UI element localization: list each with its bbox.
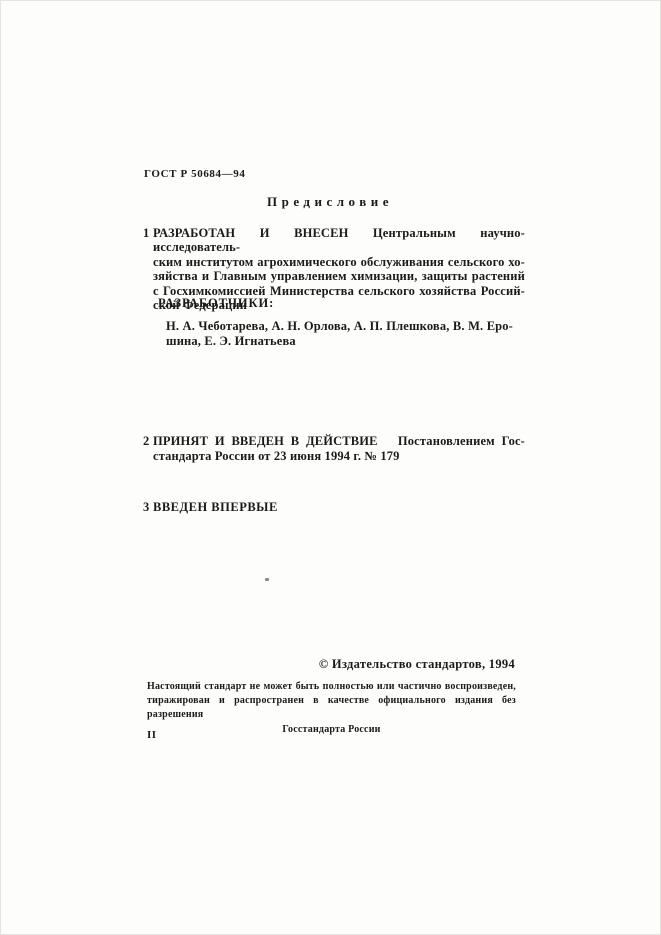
section-line: зяйства и Главным управлением химизации,… bbox=[153, 269, 525, 283]
developers-line: шина, Е. Э. Игнатьева bbox=[166, 334, 513, 349]
notice-line: Настоящий стандарт не может быть полност… bbox=[147, 680, 516, 694]
section-line: ским институтом агрохимического обслужив… bbox=[153, 255, 525, 269]
preface-section-3: 3 ВВЕДЕН ВПЕРВЫЕ bbox=[144, 500, 525, 515]
page-title: Предисловие bbox=[144, 194, 516, 210]
scan-artifact-dot bbox=[265, 578, 269, 581]
developers-label: РАЗРАБОТЧИКИ: bbox=[158, 296, 274, 311]
section-number: 2 bbox=[143, 434, 149, 448]
section-line: ВВЕДЕН ВПЕРВЫЕ bbox=[153, 500, 525, 515]
section-number: 3 bbox=[143, 500, 150, 515]
section-number: 1 bbox=[143, 226, 149, 240]
notice-line: Госстандарта России bbox=[147, 723, 516, 737]
copyright-line: © Издательство стандартов, 1994 bbox=[144, 657, 515, 672]
notice-line: тиражирован и распространен в качестве о… bbox=[147, 694, 516, 722]
section-line: стандарта России от 23 июня 1994 г. № 17… bbox=[153, 449, 525, 463]
preface-section-2: 2 ПРИНЯТ И ВВЕДЕН В ДЕЙСТВИЕ Постановлен… bbox=[144, 434, 525, 463]
reproduction-notice: Настоящий стандарт не может быть полност… bbox=[147, 680, 516, 737]
document-code-header: ГОСТ Р 50684—94 bbox=[144, 168, 245, 180]
developers-names: Н. А. Чеботарева, А. Н. Орлова, А. П. Пл… bbox=[166, 319, 513, 348]
document-page: ГОСТ Р 50684—94 Предисловие 1 РАЗРАБОТАН… bbox=[0, 0, 661, 935]
page-number: II bbox=[147, 729, 157, 741]
section-line: ПРИНЯТ И ВВЕДЕН В ДЕЙСТВИЕ Постановление… bbox=[153, 434, 525, 448]
section-line: РАЗРАБОТАН И ВНЕСЕН Центральным научно-и… bbox=[153, 226, 525, 255]
developers-line: Н. А. Чеботарева, А. Н. Орлова, А. П. Пл… bbox=[166, 319, 513, 334]
